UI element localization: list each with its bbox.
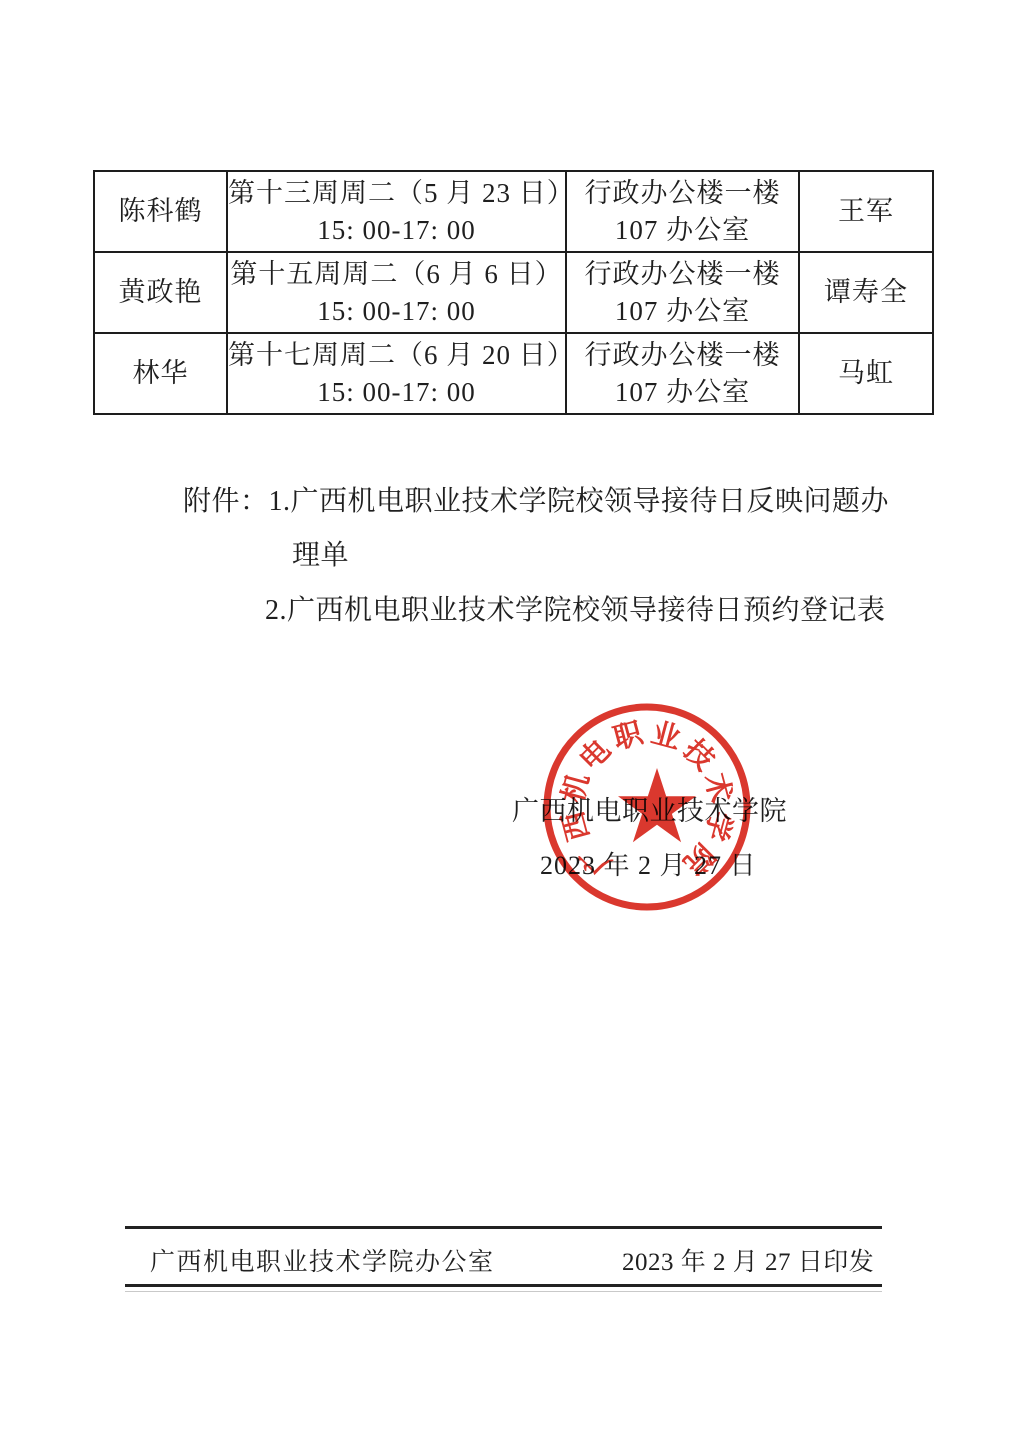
seal-arc-char: 职 [610,716,648,756]
leader-name: 林华 [133,358,189,388]
time-line: 15: 00-17: 00 [228,293,565,330]
footer-rule-bottom [125,1284,882,1287]
location-cell: 行政办公楼一楼 107 办公室 [566,171,799,252]
receptionist-cell: 王军 [799,171,933,252]
leader-name-cell: 林华 [94,333,227,414]
attachment-line-1-wrap: 理单 [292,533,349,573]
time-line: 15: 00-17: 00 [228,374,565,411]
location-line: 行政办公楼一楼 [567,337,798,374]
receptionist-name: 王军 [838,196,894,226]
time-cell: 第十五周周二（6 月 6 日） 15: 00-17: 00 [227,252,566,333]
leader-name: 黄政艳 [119,277,203,307]
location-cell: 行政办公楼一楼 107 办公室 [566,252,799,333]
time-line: 第十三周周二（5 月 23 日） [228,175,565,212]
document-page: 陈科鹤 第十三周周二（5 月 23 日） 15: 00-17: 00 行政办公楼… [0,0,1024,1448]
location-line: 107 办公室 [567,212,798,249]
receptionist-cell: 马虹 [799,333,933,414]
time-line: 第十七周周二（6 月 20 日） [228,337,565,374]
official-seal: 广 西 机 电 职 业 技 术 学 院 [535,695,761,921]
footer-issuing-office: 广西机电职业技术学院办公室 [150,1242,495,1278]
location-line: 行政办公楼一楼 [567,175,798,212]
seal-arc-char: 广 [573,837,617,881]
attachment-line-2: 2.广西机电职业技术学院校领导接待日预约登记表 [265,588,886,628]
receptionist-name: 谭寿全 [824,277,908,307]
attachment-line-1: 附件：1.广西机电职业技术学院校领导接待日反映问题办 [183,479,889,519]
time-line: 第十五周周二（6 月 6 日） [228,256,565,293]
seal-arc-char: 机 [556,770,595,807]
time-cell: 第十七周周二（6 月 20 日） 15: 00-17: 00 [227,333,566,414]
table-row: 陈科鹤 第十三周周二（5 月 23 日） 15: 00-17: 00 行政办公楼… [94,171,933,252]
seal-arc-char: 业 [648,716,685,755]
leader-name: 陈科鹤 [119,196,203,226]
table-row: 黄政艳 第十五周周二（6 月 6 日） 15: 00-17: 00 行政办公楼一… [94,252,933,333]
leader-name-cell: 黄政艳 [94,252,227,333]
location-line: 107 办公室 [567,374,798,411]
seal-star-icon [618,768,696,842]
receptionist-cell: 谭寿全 [799,252,933,333]
footer-print-date: 2023 年 2 月 27 日印发 [622,1242,874,1278]
receptionist-name: 马虹 [838,358,894,388]
time-line: 15: 00-17: 00 [228,212,565,249]
time-cell: 第十三周周二（5 月 23 日） 15: 00-17: 00 [227,171,566,252]
table-row: 林华 第十七周周二（6 月 20 日） 15: 00-17: 00 行政办公楼一… [94,333,933,414]
footer-rule-top [125,1226,882,1229]
seal-arc-char: 技 [677,733,721,777]
location-line: 行政办公楼一楼 [567,256,798,293]
seal-arc-char: 西 [556,808,595,845]
seal-arc-char: 电 [573,733,617,777]
seal-arc-char: 术 [698,770,737,807]
leader-name-cell: 陈科鹤 [94,171,227,252]
reception-schedule-table: 陈科鹤 第十三周周二（5 月 23 日） 15: 00-17: 00 行政办公楼… [93,170,934,415]
location-cell: 行政办公楼一楼 107 办公室 [566,333,799,414]
footer-rule-shadow [125,1291,882,1292]
seal-arc-char: 院 [677,837,721,881]
seal-arc-char: 学 [698,808,737,845]
location-line: 107 办公室 [567,293,798,330]
